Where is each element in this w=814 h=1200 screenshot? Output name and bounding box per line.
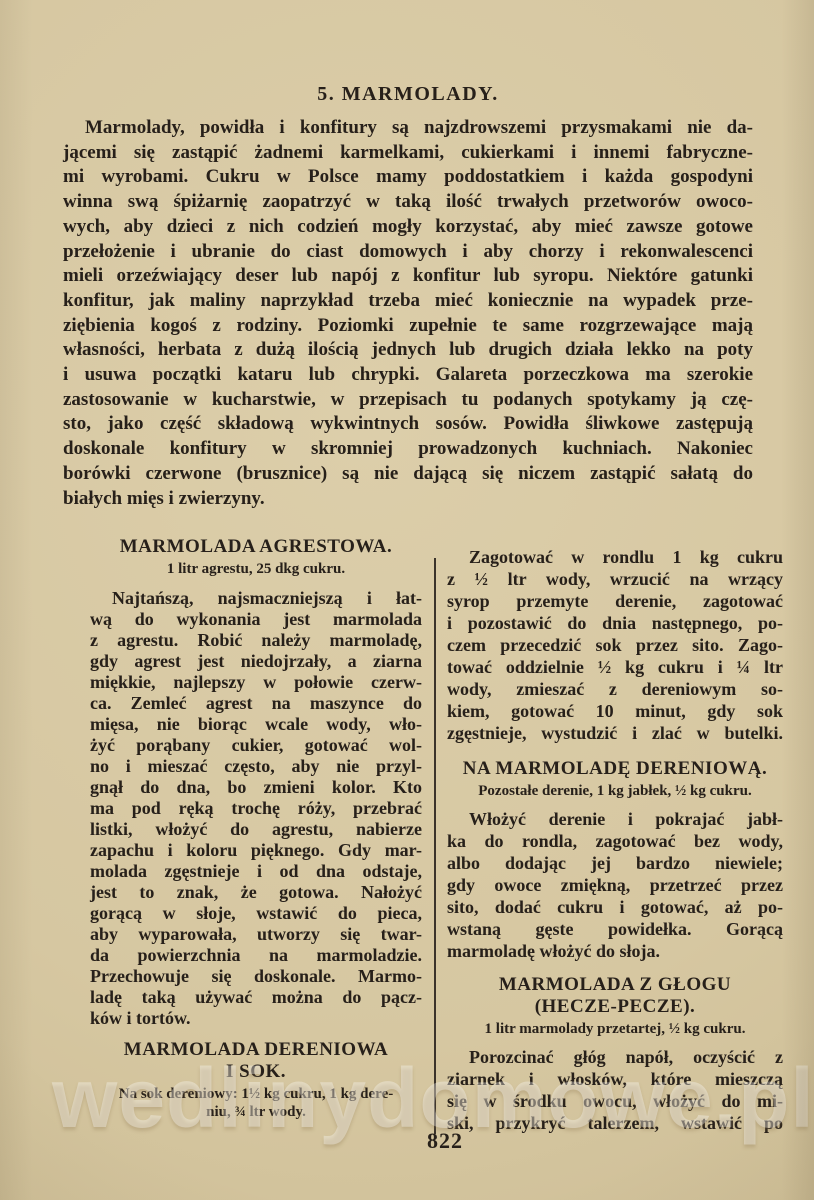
text-line: białych mięs i zwierzyny. (63, 487, 753, 512)
text-line: ziarnek i włosków, które mieszczą (447, 1068, 783, 1090)
text-line: ków i tortów. (90, 1008, 422, 1029)
text-line: marmoladę włożyć do słoja. (447, 940, 783, 962)
right-column: Zagotować w rondlu 1 kg cukruz ½ ltr wod… (447, 538, 783, 1134)
page-number: 822 (427, 1128, 463, 1154)
text-line: ca. Zemleć agrest na maszynce do (90, 693, 422, 714)
text-line: z ½ ltr wody, wrzucić na wrzący (447, 568, 783, 590)
intro-paragraph: Marmolady, powidła i konfitury są najzdr… (63, 116, 753, 511)
text-line: listki, włożyć do agrestu, nabierze (90, 819, 422, 840)
text-line: sito, dodać cukru i gotować, aż po- (447, 896, 783, 918)
book-page: 5. MARMOLADY. Marmolady, powidła i konfi… (0, 0, 814, 1200)
text-line: i usuwa początki kataru lub chrypki. Gal… (63, 363, 753, 388)
text-line: miękkie, najlepszy w połowie czerw- (90, 672, 422, 693)
text-line: borówki czerwone (brusznice) są nie dają… (63, 462, 753, 487)
recipe-heading-dereniowa-sok: MARMOLADA DERENIOWAI SOK. (90, 1039, 422, 1083)
text-line: Włożyć derenie i pokrajać jabł- (447, 808, 783, 830)
text-line: gnął do dna, bo zmieni kolor. Kto (90, 777, 422, 798)
text-line: Na sok dereniowy: 1½ kg cukru, 1 kg dere… (90, 1085, 422, 1103)
text-line: Najtańszą, najsmaczniejszą i łat- (90, 588, 422, 609)
text-line: mi wyrobami. Cukru w Polsce mamy poddost… (63, 165, 753, 190)
recipe-heading-agrestowa: MARMOLADA AGRESTOWA. (90, 536, 422, 558)
recipe-body-glog: Porozcinać głóg napół, oczyścić zziarnek… (447, 1046, 783, 1134)
text-line: niu, ¾ ltr wody. (90, 1103, 422, 1121)
text-line: syrop przemyte derenie, zagotować (447, 590, 783, 612)
text-line: własności, herbata z dużą ilością jednyc… (63, 338, 753, 363)
text-line: się w środku owocu, włożyć do mi- (447, 1090, 783, 1112)
recipe-ingredients-glog: 1 litr marmolady przetartej, ½ kg cukru. (447, 1020, 783, 1038)
text-line: ziębienia kogoś z rodziny. Poziomki zupe… (63, 314, 753, 339)
text-line: MARMOLADA DERENIOWA (90, 1039, 422, 1061)
text-line: gorącą w słoje, wstawić do pieca, (90, 903, 422, 924)
text-line: żyć porąbany cukier, gotować wol- (90, 735, 422, 756)
text-line: jącemi się zastąpić żadnemi karmelkami, … (63, 141, 753, 166)
recipe-ingredients-agrestowa: 1 litr agrestu, 25 dkg cukru. (90, 560, 422, 578)
text-line: sto, jako część składową wykwintnych sos… (63, 412, 753, 437)
text-line: mięsa, nie biorąc wcale wody, wło- (90, 714, 422, 735)
text-line: Marmolady, powidła i konfitury są najzdr… (63, 116, 753, 141)
text-line: ma pod ręką trochę róży, przebrać (90, 798, 422, 819)
text-line: molada zgęstnieje i od dna odstaje, (90, 861, 422, 882)
text-line: ski, przykryć talerzem, wstawić po (447, 1112, 783, 1134)
text-line: wą do wykonania jest marmolada (90, 609, 422, 630)
text-line: wych, aby dzieci z nich codzień mogły ko… (63, 215, 753, 240)
text-line: Zagotować w rondlu 1 kg cukru (447, 546, 783, 568)
recipe-heading-glog: MARMOLADA Z GŁOGU(HECZE-PECZE). (447, 974, 783, 1018)
text-line: zastosowanie w kucharstwie, w przepisach… (63, 388, 753, 413)
text-line: wstaną gęste powidełka. Gorącą (447, 918, 783, 940)
text-line: ka do rondla, zagotować bez wody, (447, 830, 783, 852)
chapter-title: 5. MARMOLADY. (63, 82, 753, 106)
text-line: MARMOLADA Z GŁOGU (447, 974, 783, 996)
text-line: zgęstnieje, wystudzić i zlać w butelki. (447, 722, 783, 744)
text-line: przełożenie i ubranie do ciast domowych … (63, 240, 753, 265)
text-line: I SOK. (90, 1061, 422, 1083)
text-line: winna swą śpiżarnię zaopatrzyć w taką il… (63, 190, 753, 215)
text-line: da powierzchnia na marmoladzie. (90, 945, 422, 966)
text-line: gdy agrest jest niedojrzały, a ziarna (90, 651, 422, 672)
text-line: no i mieszać często, aby nie przyl- (90, 756, 422, 777)
recipe-body-marmolada-dereniowa: Włożyć derenie i pokrajać jabł-ka do ron… (447, 808, 783, 962)
text-line: tować oddzielnie ½ kg cukru i ¼ ltr (447, 656, 783, 678)
column-divider (434, 558, 436, 1134)
text-line: i pozostawić do dnia następnego, po- (447, 612, 783, 634)
text-line: aby wyparowała, utworzy się twar- (90, 924, 422, 945)
left-column: MARMOLADA AGRESTOWA. 1 litr agrestu, 25 … (90, 536, 422, 1121)
text-line: Przechowuje się doskonale. Marmo- (90, 966, 422, 987)
text-line: (HECZE-PECZE). (447, 996, 783, 1018)
text-line: zapachu i koloru pięknego. Gdy mar- (90, 840, 422, 861)
recipe-ingredients-marmolada-dereniowa: Pozostałe derenie, 1 kg jabłek, ½ kg cuk… (447, 782, 783, 800)
text-line: konfitur, jak maliny naprzykład trzeba m… (63, 289, 753, 314)
text-line: kiem, gotować 10 minut, gdy sok (447, 700, 783, 722)
text-line: wody, zmieszać z dereniowym so- (447, 678, 783, 700)
recipe-ingredients-dereniowa-sok: Na sok dereniowy: 1½ kg cukru, 1 kg dere… (90, 1085, 422, 1121)
recipe-body-dereniowa-sok: Zagotować w rondlu 1 kg cukruz ½ ltr wod… (447, 546, 783, 744)
text-line: czem przecedzić sok przez sito. Zago- (447, 634, 783, 656)
text-line: jest to znak, że gotowa. Nałożyć (90, 882, 422, 903)
text-line: ladę taką używać można do pącz- (90, 987, 422, 1008)
text-line: mieli orzeźwiający deser lub napój z kon… (63, 264, 753, 289)
text-line: z agrestu. Robić należy marmoladę, (90, 630, 422, 651)
text-line: Porozcinać głóg napół, oczyścić z (447, 1046, 783, 1068)
recipe-body-agrestowa: Najtańszą, najsmaczniejszą i łat-wą do w… (90, 588, 422, 1029)
text-line: doskonale konfitury w skromniej prowadzo… (63, 437, 753, 462)
recipe-heading-marmolada-dereniowa: NA MARMOLADĘ DERENIOWĄ. (447, 758, 783, 780)
text-line: gdy owoce zmiękną, przetrzeć przez (447, 874, 783, 896)
text-line: albo dodając jej bardzo niewiele; (447, 852, 783, 874)
